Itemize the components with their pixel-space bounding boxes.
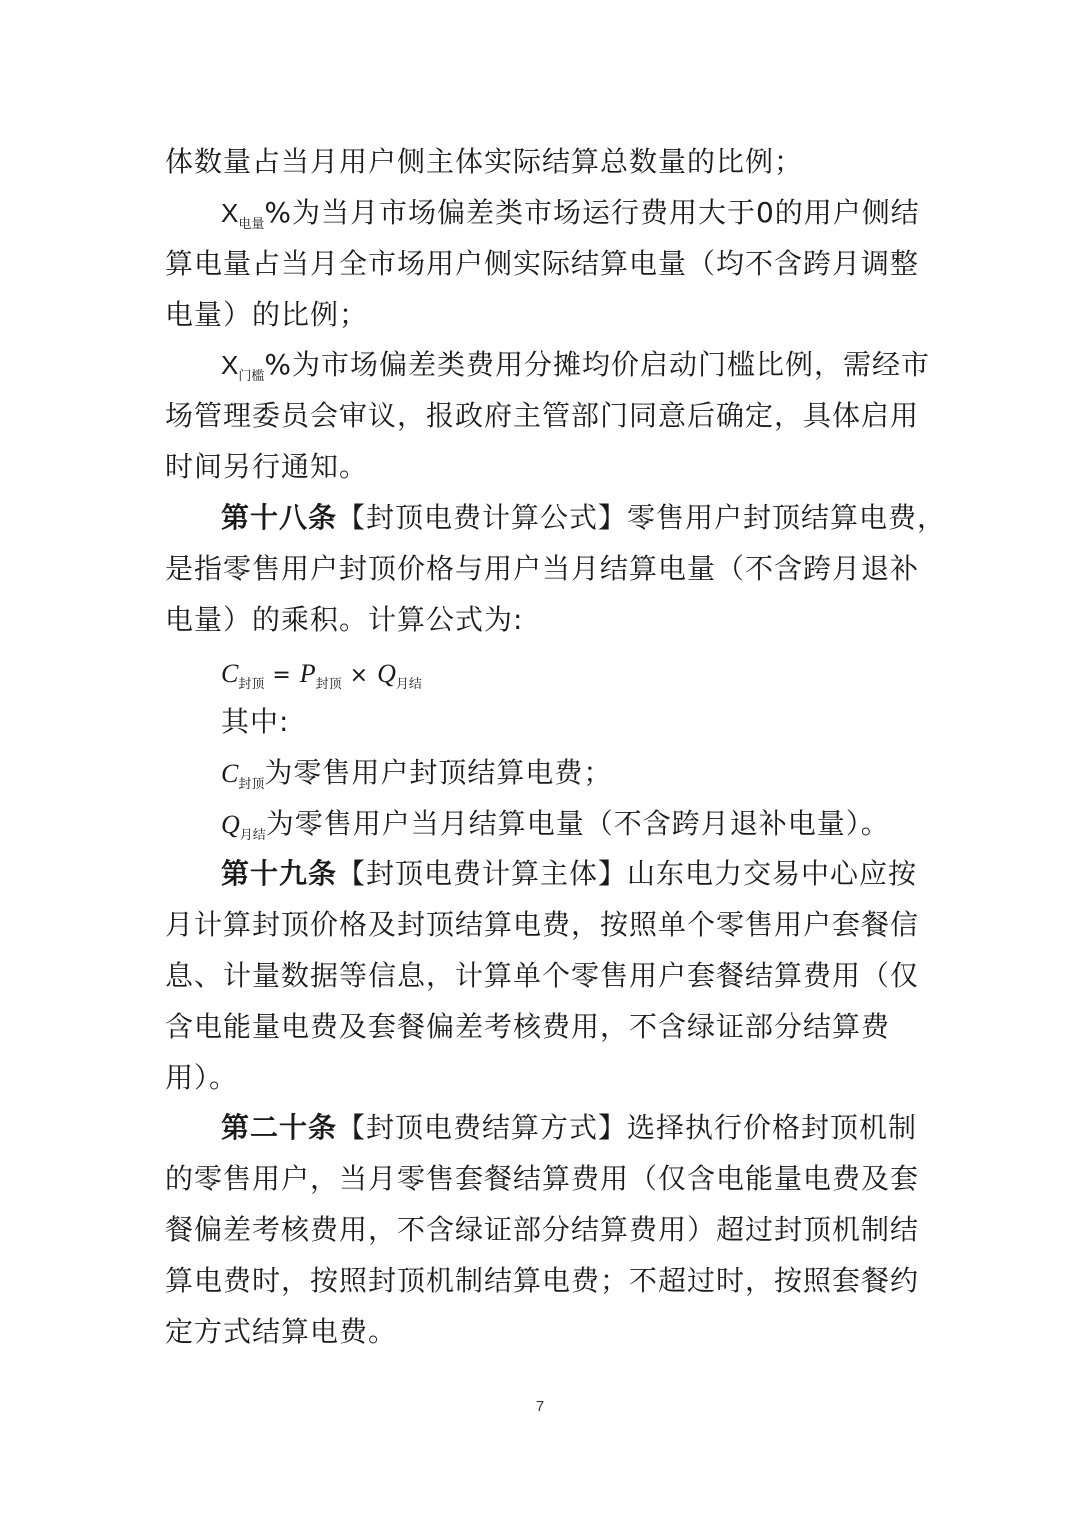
paragraph-line: 体数量占当月用户侧主体实际结算总数量的比例； <box>165 145 915 179</box>
x-energy-definition: X电量%为当月市场偏差类市场运行费用大于0的用户侧结 <box>221 196 971 242</box>
paragraph-line: 息、计量数据等信息，计算单个零售用户套餐结算费用（仅 <box>165 959 915 993</box>
paragraph-line: 场管理委员会审议，报政府主管部门同意后确定，具体启用 <box>165 399 915 433</box>
formula-variable: Q <box>221 810 240 839</box>
article-number: 第十八条 <box>221 501 337 534</box>
line-text: %为当月市场偏差类市场运行费用大于0的用户侧结 <box>264 196 919 229</box>
definition-c-cap: C封顶为零售用户封顶结算电费； <box>221 756 971 802</box>
variable-x: X <box>221 198 238 228</box>
paragraph-line: 的零售用户，当月零售套餐结算费用（仅含电能量电费及套 <box>165 1162 915 1196</box>
line-text: 零售用户封顶结算电费， <box>627 501 946 534</box>
paragraph-line: 含电能量电费及套餐偏差考核费用，不含绿证部分结算费 <box>165 1010 915 1044</box>
paragraph-line: 月计算封顶价格及封顶结算电费，按照单个零售用户套餐信 <box>165 908 915 942</box>
line-text: 算电量占当月全市场用户侧实际结算电量（均不含跨月调整 <box>165 247 919 280</box>
definition-q-month: Q月结为零售用户当月结算电量（不含跨月退补电量）。 <box>221 807 971 853</box>
article-title: 【封顶电费结算方式】 <box>337 1111 627 1144</box>
page-number: 7 <box>530 1398 550 1415</box>
article-18-heading-line: 第十八条【封顶电费计算公式】零售用户封顶结算电费， <box>221 501 971 535</box>
paragraph-line: 算电费时，按照封顶机制结算电费；不超过时，按照套餐约 <box>165 1264 915 1298</box>
paragraph-line: 定方式结算电费。 <box>165 1315 915 1349</box>
line-text: 含电能量电费及套餐偏差考核费用，不含绿证部分结算费 <box>165 1010 890 1043</box>
x-threshold-definition: X门槛%为市场偏差类费用分摊均价启动门槛比例，需经市 <box>221 348 971 394</box>
formula-equals: = <box>264 663 299 688</box>
article-title: 【封顶电费计算公式】 <box>337 501 627 534</box>
formula-variable: Q <box>377 659 396 688</box>
line-text: 选择执行价格封顶机制 <box>627 1111 917 1144</box>
variable-subscript: 门槛 <box>238 369 264 384</box>
formula-variable: C <box>221 659 238 688</box>
article-number: 第二十条 <box>221 1111 337 1144</box>
paragraph-line: 算电量占当月全市场用户侧实际结算电量（均不含跨月调整 <box>165 247 915 281</box>
article-number: 第十九条 <box>221 857 337 890</box>
article-19-heading-line: 第十九条【封顶电费计算主体】山东电力交易中心应按 <box>221 857 971 891</box>
line-text: 定方式结算电费。 <box>165 1315 397 1348</box>
line-text: 电量）的乘积。计算公式为: <box>165 603 523 636</box>
formula-subscript: 封顶 <box>238 777 264 792</box>
formula-variable: P <box>300 659 316 688</box>
paragraph-line: 餐偏差考核费用，不含绿证部分结算费用）超过封顶机制结 <box>165 1213 915 1247</box>
article-20-heading-line: 第二十条【封顶电费结算方式】选择执行价格封顶机制 <box>221 1111 971 1145</box>
paragraph-line: 电量）的比例； <box>165 298 915 332</box>
line-text: 其中: <box>221 705 289 738</box>
formula-subscript: 月结 <box>396 677 422 692</box>
line-text: 月计算封顶价格及封顶结算电费，按照单个零售用户套餐信 <box>165 908 919 941</box>
formula-subscript: 封顶 <box>316 677 342 692</box>
variable-subscript: 电量 <box>238 217 264 232</box>
cap-fee-formula: C封顶 = P封顶 × Q月结 <box>221 657 971 702</box>
line-text: 山东电力交易中心应按 <box>627 857 917 890</box>
line-text: 为零售用户当月结算电量（不含跨月退补电量）。 <box>266 807 890 840</box>
document-page: 体数量占当月用户侧主体实际结算总数量的比例； X电量%为当月市场偏差类市场运行费… <box>0 0 1080 1527</box>
line-text: 餐偏差考核费用，不含绿证部分结算费用）超过封顶机制结 <box>165 1213 919 1246</box>
line-text: 息、计量数据等信息，计算单个零售用户套餐结算费用（仅 <box>165 959 919 992</box>
line-text: %为市场偏差类费用分摊均价启动门槛比例，需经市 <box>264 348 930 381</box>
paragraph-line: 电量）的乘积。计算公式为: <box>165 603 915 637</box>
paragraph-line: 是指零售用户封顶价格与用户当月结算电量（不含跨月退补 <box>165 552 915 586</box>
line-text: 用）。 <box>165 1061 238 1094</box>
line-text: 算电费时，按照封顶机制结算电费；不超过时，按照套餐约 <box>165 1264 919 1297</box>
line-text: 为零售用户封顶结算电费； <box>264 756 612 789</box>
line-text: 电量）的比例； <box>165 298 368 331</box>
line-text: 的零售用户，当月零售套餐结算费用（仅含电能量电费及套 <box>165 1162 919 1195</box>
formula-subscript: 封顶 <box>238 677 264 692</box>
paragraph-line: 用）。 <box>165 1061 915 1095</box>
formula-variable: C <box>221 759 238 788</box>
line-text: 是指零售用户封顶价格与用户当月结算电量（不含跨月退补 <box>165 552 919 585</box>
line-text: 体数量占当月用户侧主体实际结算总数量的比例； <box>165 145 803 178</box>
formula-times: × <box>342 663 377 688</box>
formula-subscript: 月结 <box>240 828 266 843</box>
variable-x: X <box>221 350 238 380</box>
line-text: 时间另行通知。 <box>165 450 368 483</box>
paragraph-line: 时间另行通知。 <box>165 450 915 484</box>
article-title: 【封顶电费计算主体】 <box>337 857 627 890</box>
where-label: 其中: <box>221 705 971 739</box>
line-text: 场管理委员会审议，报政府主管部门同意后确定，具体启用 <box>165 399 919 432</box>
